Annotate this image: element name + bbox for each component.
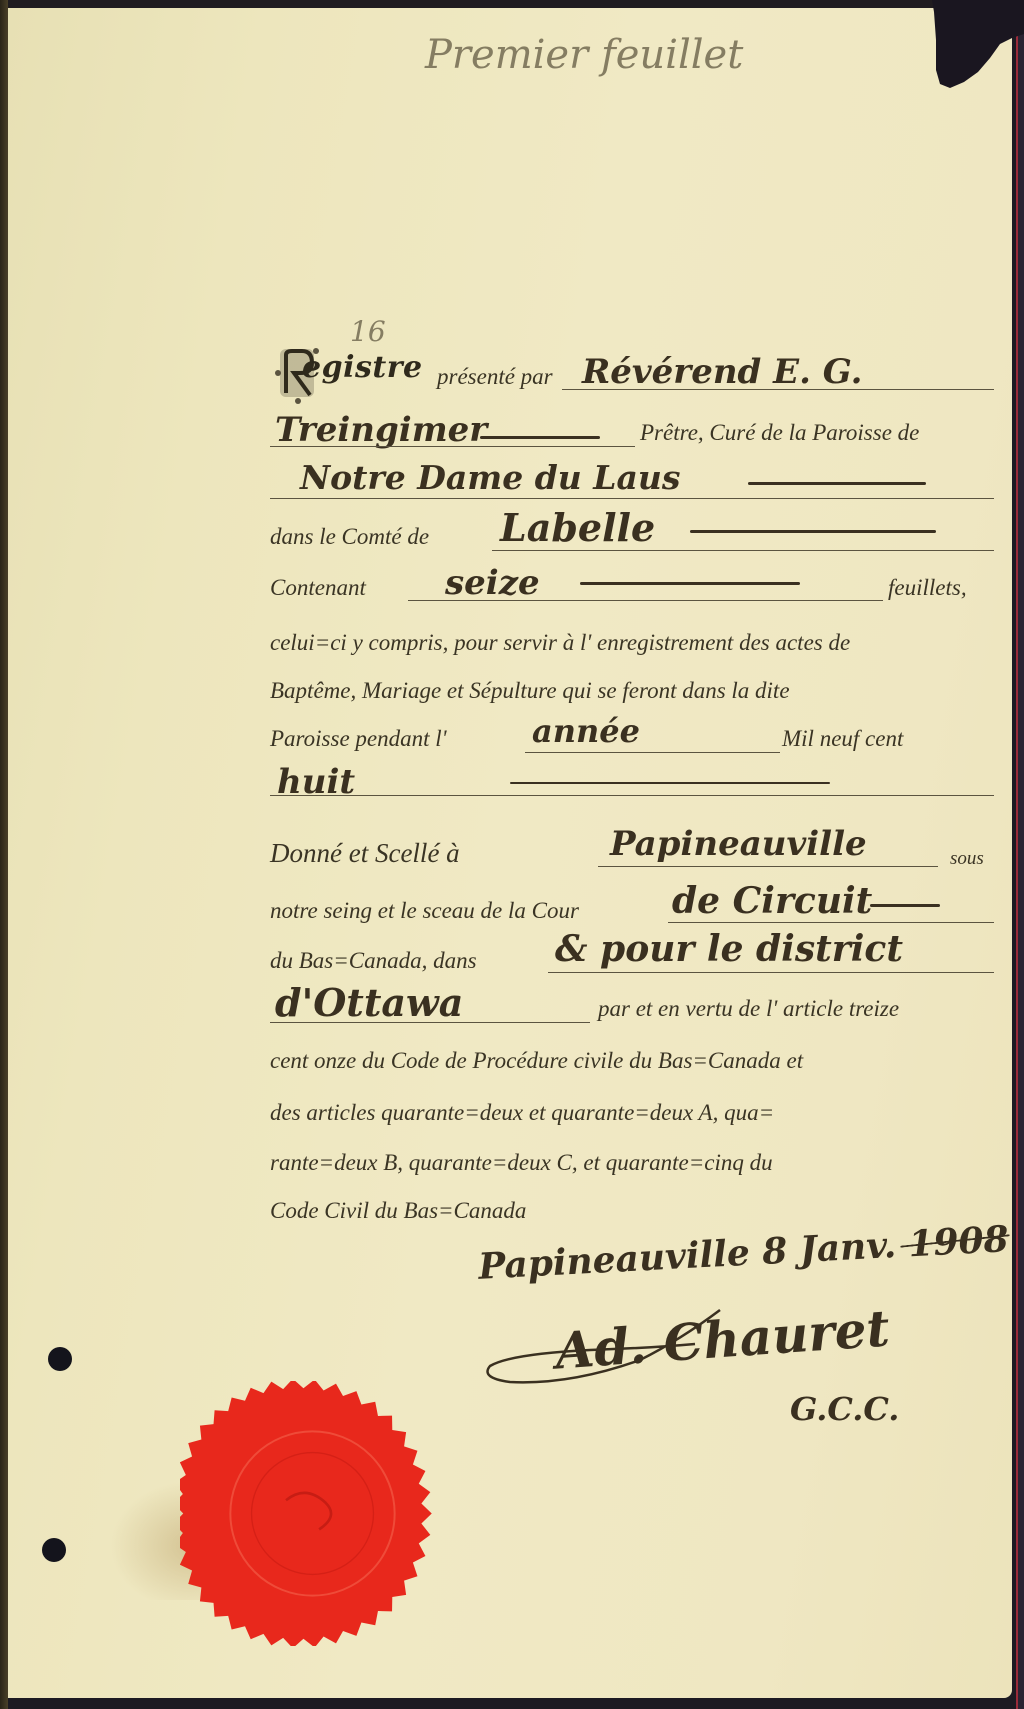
- printed-dans-le-comte: dans le Comté de: [270, 524, 429, 550]
- fill-line-12: [548, 972, 994, 973]
- pen-flourish: [510, 782, 830, 784]
- binding-edge: [0, 0, 8, 1709]
- handwritten-county: Labelle: [500, 505, 655, 550]
- printed-contenant: Contenant: [270, 575, 366, 601]
- pen-flourish: [480, 436, 600, 439]
- handwritten-reverend: Révérend E. G.: [582, 352, 862, 392]
- fill-line-5: [408, 600, 883, 601]
- printed-line-16: rante=deux B, quarante=deux C, et quaran…: [270, 1150, 773, 1176]
- handwritten-surname: Treingimer: [275, 410, 487, 450]
- pen-flourish: [580, 582, 800, 585]
- handwritten-ottawa: d'Ottawa: [275, 980, 463, 1025]
- printed-mil-neuf-cent: Mil neuf cent: [782, 726, 903, 752]
- printed-line-17: Code Civil du Bas=Canada: [270, 1198, 526, 1224]
- title-registre: egistre: [302, 350, 423, 385]
- fill-line-10: [598, 866, 938, 867]
- handwritten-district: & pour le district: [555, 928, 903, 970]
- handwritten-parish-name: Notre Dame du Laus: [300, 458, 680, 497]
- fill-line-9: [270, 795, 994, 796]
- handwritten-place: Papineauville: [610, 824, 867, 864]
- printed-line-14: cent onze du Code de Procédure civile du…: [270, 1048, 803, 1074]
- printed-feuillets: feuillets,: [888, 575, 967, 601]
- printed-line-7: Baptême, Mariage et Sépulture qui se fer…: [270, 678, 790, 704]
- printed-du-bas-canada-dans: du Bas=Canada, dans: [270, 948, 477, 974]
- binding-punch-hole: [42, 1538, 66, 1562]
- handwritten-leaf-count: seize: [445, 563, 540, 603]
- fill-line-1: [562, 389, 994, 390]
- fill-line-13: [270, 1022, 590, 1023]
- pen-flourish: [690, 530, 936, 533]
- printed-line-6: celui=ci y compris, pour servir à l' enr…: [270, 630, 850, 656]
- printed-line-15: des articles quarante=deux et quarante=d…: [270, 1100, 774, 1126]
- fill-line-4: [492, 550, 994, 551]
- fill-line-8: [525, 752, 780, 753]
- printed-sous: sous: [950, 848, 984, 870]
- handwritten-annee: année: [532, 712, 640, 750]
- pencil-note-premier-feuillet: Premier feuillet: [425, 32, 743, 78]
- signature-title: G.C.C.: [790, 1390, 899, 1428]
- pen-flourish: [870, 904, 940, 907]
- page-right-edge: [1016, 0, 1024, 1709]
- printed-donne-et-scelle: Donné et Scellé à: [270, 838, 460, 869]
- pen-flourish: [748, 482, 926, 485]
- signature-flourish-icon: [480, 1300, 740, 1390]
- fill-line-3: [270, 498, 994, 499]
- handwritten-court: de Circuit: [672, 880, 872, 922]
- fill-line-11: [668, 922, 994, 923]
- binding-punch-hole: [48, 1347, 72, 1371]
- printed-notre-seing: notre seing et le sceau de la Cour: [270, 898, 579, 924]
- printed-pretre-cure: Prêtre, Curé de la Paroisse de: [640, 420, 919, 446]
- fill-line-2: [270, 446, 635, 447]
- printed-par-et-en-vertu: par et en vertu de l' article treize: [598, 996, 899, 1022]
- printed-paroisse-pendant: Paroisse pendant l': [270, 726, 447, 752]
- printed-presente-par: présenté par: [437, 364, 553, 390]
- handwritten-year-word: huit: [277, 762, 355, 802]
- pencil-page-number: 16: [350, 315, 386, 348]
- red-seal-icon: [180, 1381, 445, 1646]
- torn-corner: [932, 0, 1024, 92]
